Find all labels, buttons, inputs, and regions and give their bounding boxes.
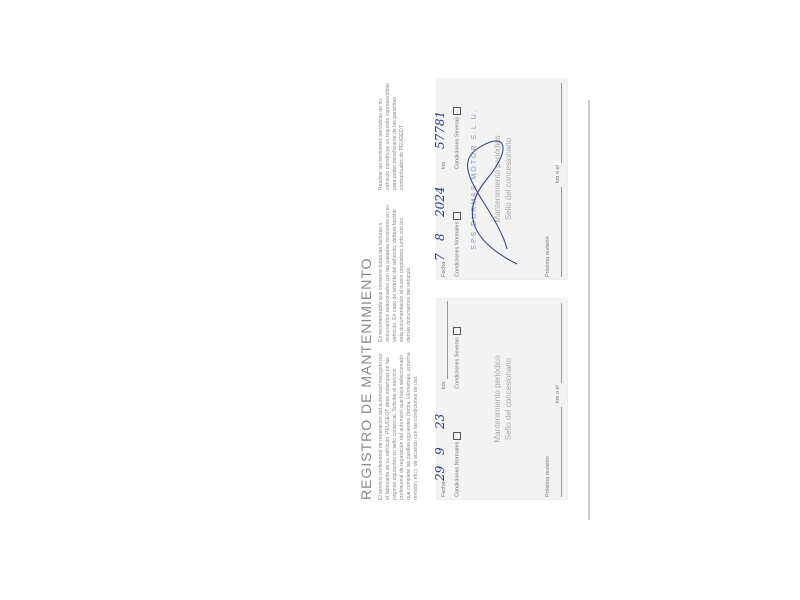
date-label: Fecha [441,482,447,497]
dealer-stamp-area: Mantenimiento periódicoSello del concesi… [492,299,514,499]
intro-paragraph-1: El servicio profesional de reparación de… [378,350,420,500]
normal-label: Condiciones Normales [454,442,460,497]
date-day: 7 [433,253,447,261]
km-label: km [441,382,447,389]
date-month: 9 [433,447,447,455]
scanned-page: REGISTRO DE MANTENIMIENTO El servicio pr… [0,0,800,600]
signature-icon [457,119,527,269]
next-date-line [561,303,562,383]
date-year: 2024 [433,186,447,217]
next-date-line [561,83,562,163]
km-value: 57781 [433,111,447,149]
km-line [447,301,448,379]
date-month: 8 [433,233,447,241]
date-day: 29 [433,466,447,481]
severe-checkbox[interactable] [453,327,461,335]
severe-checkbox[interactable] [453,107,461,115]
next-revision-label: Próxima revisión [545,456,551,497]
intro-paragraph-2: Es recomendable que conserve todas las f… [378,202,413,342]
km-or-label: km o el [555,385,561,403]
date-year: 23 [433,414,447,429]
document-title: REGISTRO DE MANTENIMIENTO [358,257,374,500]
next-km-line [561,187,562,277]
km-or-label: km o el [555,165,561,183]
stamp-line-2: Sello del concesionario [503,299,514,499]
date-label: Fecha [441,262,447,277]
km-label: km [441,162,447,169]
next-revision-label: Próxima revisión [545,236,551,277]
next-km-line [561,407,562,497]
severe-label: Condiciones Severas [454,337,460,389]
severe-conditions[interactable]: Condiciones Severas [453,327,461,389]
page-edge [588,100,590,520]
intro-paragraph-3: Realizar las revisiones periódicas de su… [378,80,406,190]
rotated-document: REGISTRO DE MANTENIMIENTO El servicio pr… [350,80,600,520]
stamp-line-1: Mantenimiento periódico [492,299,503,499]
normal-checkbox[interactable] [453,432,461,440]
normal-conditions[interactable]: Condiciones Normales [453,432,461,497]
maintenance-record-2: Fecha 7 8 2024 km 57781 Condiciones Norm… [436,78,568,280]
maintenance-record-1: Fecha 29 9 23 km Condiciones Normales Co… [436,298,568,500]
